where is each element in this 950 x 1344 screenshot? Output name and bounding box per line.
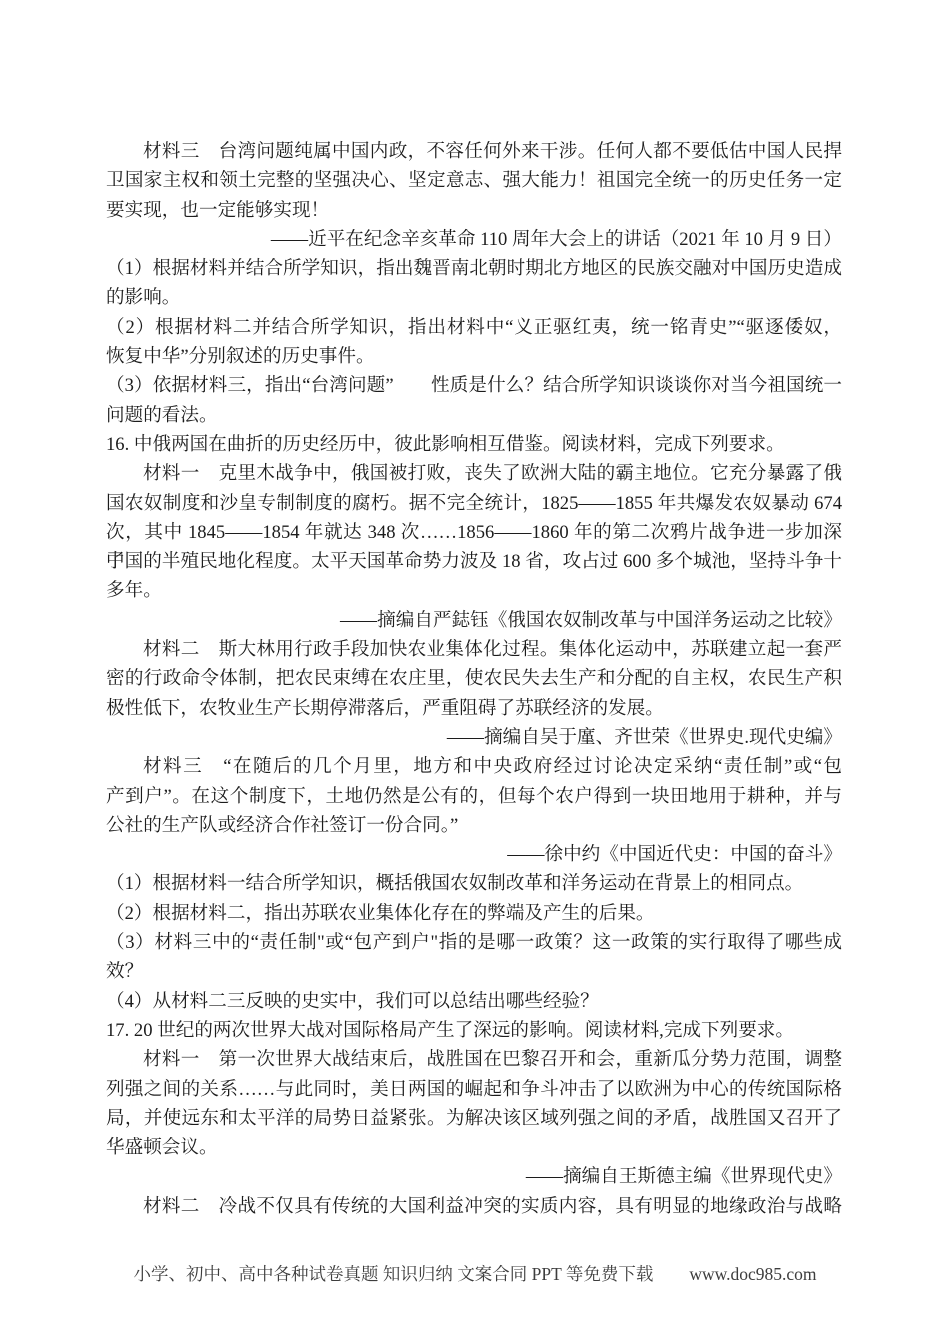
footer-url: www.doc985.com [689,1264,816,1284]
text-line: （3）材料三中的“责任制"或“包产到户"指的是哪一政策？这一政策的实行取得了哪些… [106,928,842,957]
text-line: （4）从材料二三反映的史实中，我们可以总结出哪些经验？ [106,987,842,1016]
text-line: 材料一 第一次世界大战结束后，战胜国在巴黎召开和会，重新瓜分势力范围，调整 [106,1045,842,1074]
footer-promo-text: 小学、初中、高中各种试卷真题 知识归纳 文案合同 PPT 等免费下载 [133,1264,653,1284]
text-line: 16. 中俄两国在曲折的历史经历中，彼此影响相互借鉴。阅读材料，完成下列要求。 [106,430,842,459]
text-line: 局，并使远东和太平洋的局势日益紧张。为解决该区域列强之间的矛盾，战胜国又召开了 [106,1104,842,1133]
text-line: 材料二 斯大林用行政手段加快农业集体化过程。集体化运动中，苏联建立起一套严 [106,635,842,664]
text-line: 材料二 冷战不仅具有传统的大国利益冲突的实质内容，具有明显的地缘政治与战略 [106,1192,842,1221]
text-line: （1）根据材料一结合所学知识，概括俄国农奴制改革和洋务运动在背景上的相同点。 [106,869,842,898]
text-line: 恢复中华”分别叙述的历史事件。 [106,342,842,371]
exam-page: 材料三 台湾问题纯属中国内政，不容任何外来干涉。任何人都不要低估中国人民捍卫国家… [0,0,950,1344]
text-line: 的影响。 [106,283,842,312]
text-line: 列强之间的关系……与此同时，美日两国的崛起和争斗冲击了以欧洲为中心的传统国际格 [106,1075,842,1104]
page-footer: 小学、初中、高中各种试卷真题 知识归纳 文案合同 PPT 等免费下载www.do… [0,1262,950,1286]
text-line: ——摘编自吴于廑、齐世荣《世界史.现代史编》 [106,723,842,752]
text-line: ——摘编自王斯德主编《世界现代史》 [106,1162,842,1191]
text-line: 公社的生产队或经济合作社签订一份合同。” [106,811,842,840]
text-line: 要实现，也一定能够实现！ [106,196,842,225]
text-line: 中国的半殖民地化程度。太平天国革命势力波及 18 省，攻占过 600 多个城池，… [106,547,842,576]
document-lines: 材料三 台湾问题纯属中国内政，不容任何外来干涉。任何人都不要低估中国人民捍卫国家… [106,137,842,1221]
text-line: 国农奴制度和沙皇专制制度的腐朽。据不完全统计，1825——1855 年共爆发农奴… [106,489,842,518]
text-line: 次，其中 1845——1854 年就达 348 次……1856——1860 年的… [106,518,842,547]
text-line: （2）根据材料二并结合所学知识，指出材料中“义正驱红夷，统一铭青史”“驱逐倭奴， [106,313,842,342]
text-line: 多年。 [106,576,842,605]
text-line: 材料三 “在随后的几个月里，地方和中央政府经过讨论决定采纳“责任制”或“包 [106,752,842,781]
text-line: 问题的看法。 [106,401,842,430]
text-line: 密的行政命令体制，把农民束缚在农庄里，使农民失去生产和分配的自主权，农民生产积 [106,664,842,693]
text-line: ——徐中约《中国近代史：中国的奋斗》 [106,840,842,869]
text-line: ——摘编自严鋕钰《俄国农奴制改革与中国洋务运动之比较》 [106,606,842,635]
text-line: （2）根据材料二，指出苏联农业集体化存在的弊端及产生的后果。 [106,899,842,928]
text-line: 材料三 台湾问题纯属中国内政，不容任何外来干涉。任何人都不要低估中国人民捍 [106,137,842,166]
text-line: ——近平在纪念辛亥革命 110 周年大会上的讲话（2021 年 10 月 9 日… [106,225,842,254]
text-line: 17. 20 世纪的两次世界大战对国际格局产生了深远的影响。阅读材料,完成下列要… [106,1016,842,1045]
text-line: 极性低下，农牧业生产长期停滞落后，严重阻碍了苏联经济的发展。 [106,694,842,723]
text-line: （3）依据材料三，指出“台湾问题” 性质是什么？结合所学知识谈谈你对当今祖国统一 [106,371,842,400]
text-line: 产到户”。在这个制度下，土地仍然是公有的，但每个农户得到一块田地用于耕种，并与 [106,782,842,811]
text-line: 华盛顿会议。 [106,1133,842,1162]
text-line: 材料一 克里木战争中，俄国被打败，丧失了欧洲大陆的霸主地位。它充分暴露了俄 [106,459,842,488]
text-line: 卫国家主权和领土完整的坚强决心、坚定意志、强大能力！祖国完全统一的历史任务一定 [106,166,842,195]
text-line: 效？ [106,957,842,986]
text-line: （1）根据材料并结合所学知识，指出魏晋南北朝时期北方地区的民族交融对中国历史造成 [106,254,842,283]
